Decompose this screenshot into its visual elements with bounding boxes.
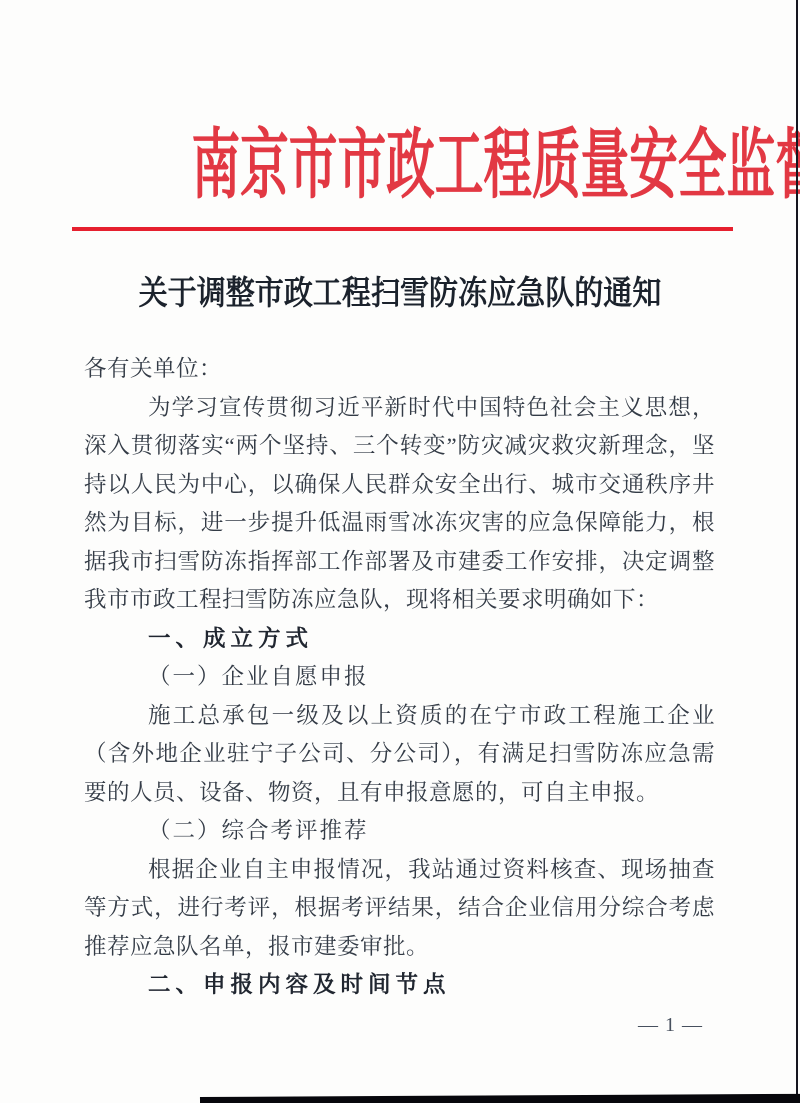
document-title-text: 关于调整市政工程扫雪防冻应急队的通知 bbox=[139, 275, 662, 315]
intro-paragraph: 为学习宣传贯彻习近平新时代中国特色社会主义思想，深入贯彻落实“两个坚持、三个转变… bbox=[84, 389, 715, 620]
section-1-item-2-subheading: （二）综合考评推荐 bbox=[148, 812, 715, 851]
section-2-heading: 二、申报内容及时间节点 bbox=[148, 966, 715, 1005]
section-1-item-1-subheading: （一）企业自愿申报 bbox=[148, 658, 715, 697]
salutation: 各有关单位： bbox=[84, 350, 715, 389]
scan-edge-bottom bbox=[200, 1094, 800, 1103]
document-body: 各有关单位： 为学习宣传贯彻习近平新时代中国特色社会主义思想，深入贯彻落实“两个… bbox=[84, 350, 715, 1005]
scan-edge-right bbox=[796, 0, 798, 1103]
document-title: 关于调整市政工程扫雪防冻应急队的通知 bbox=[0, 274, 800, 315]
document-page: 南京市市政工程质量安全监督站 关于调整市政工程扫雪防冻应急队的通知 各有关单位：… bbox=[0, 0, 800, 1103]
section-1-heading: 一、成立方式 bbox=[148, 620, 715, 659]
letterhead-divider bbox=[72, 227, 733, 231]
page-number: — 1 — bbox=[638, 1014, 703, 1037]
letterhead-title: 南京市市政工程质量安全监督站 bbox=[192, 128, 800, 204]
section-1-item-2-paragraph: 根据企业自主申报情况，我站通过资料核查、现场抽查等方式，进行考评，根据考评结果，… bbox=[84, 851, 715, 967]
letterhead: 南京市市政工程质量安全监督站 bbox=[0, 128, 800, 204]
section-1-item-1-paragraph: 施工总承包一级及以上资质的在宁市政工程施工企业（含外地企业驻宁子公司、分公司），… bbox=[84, 697, 715, 813]
